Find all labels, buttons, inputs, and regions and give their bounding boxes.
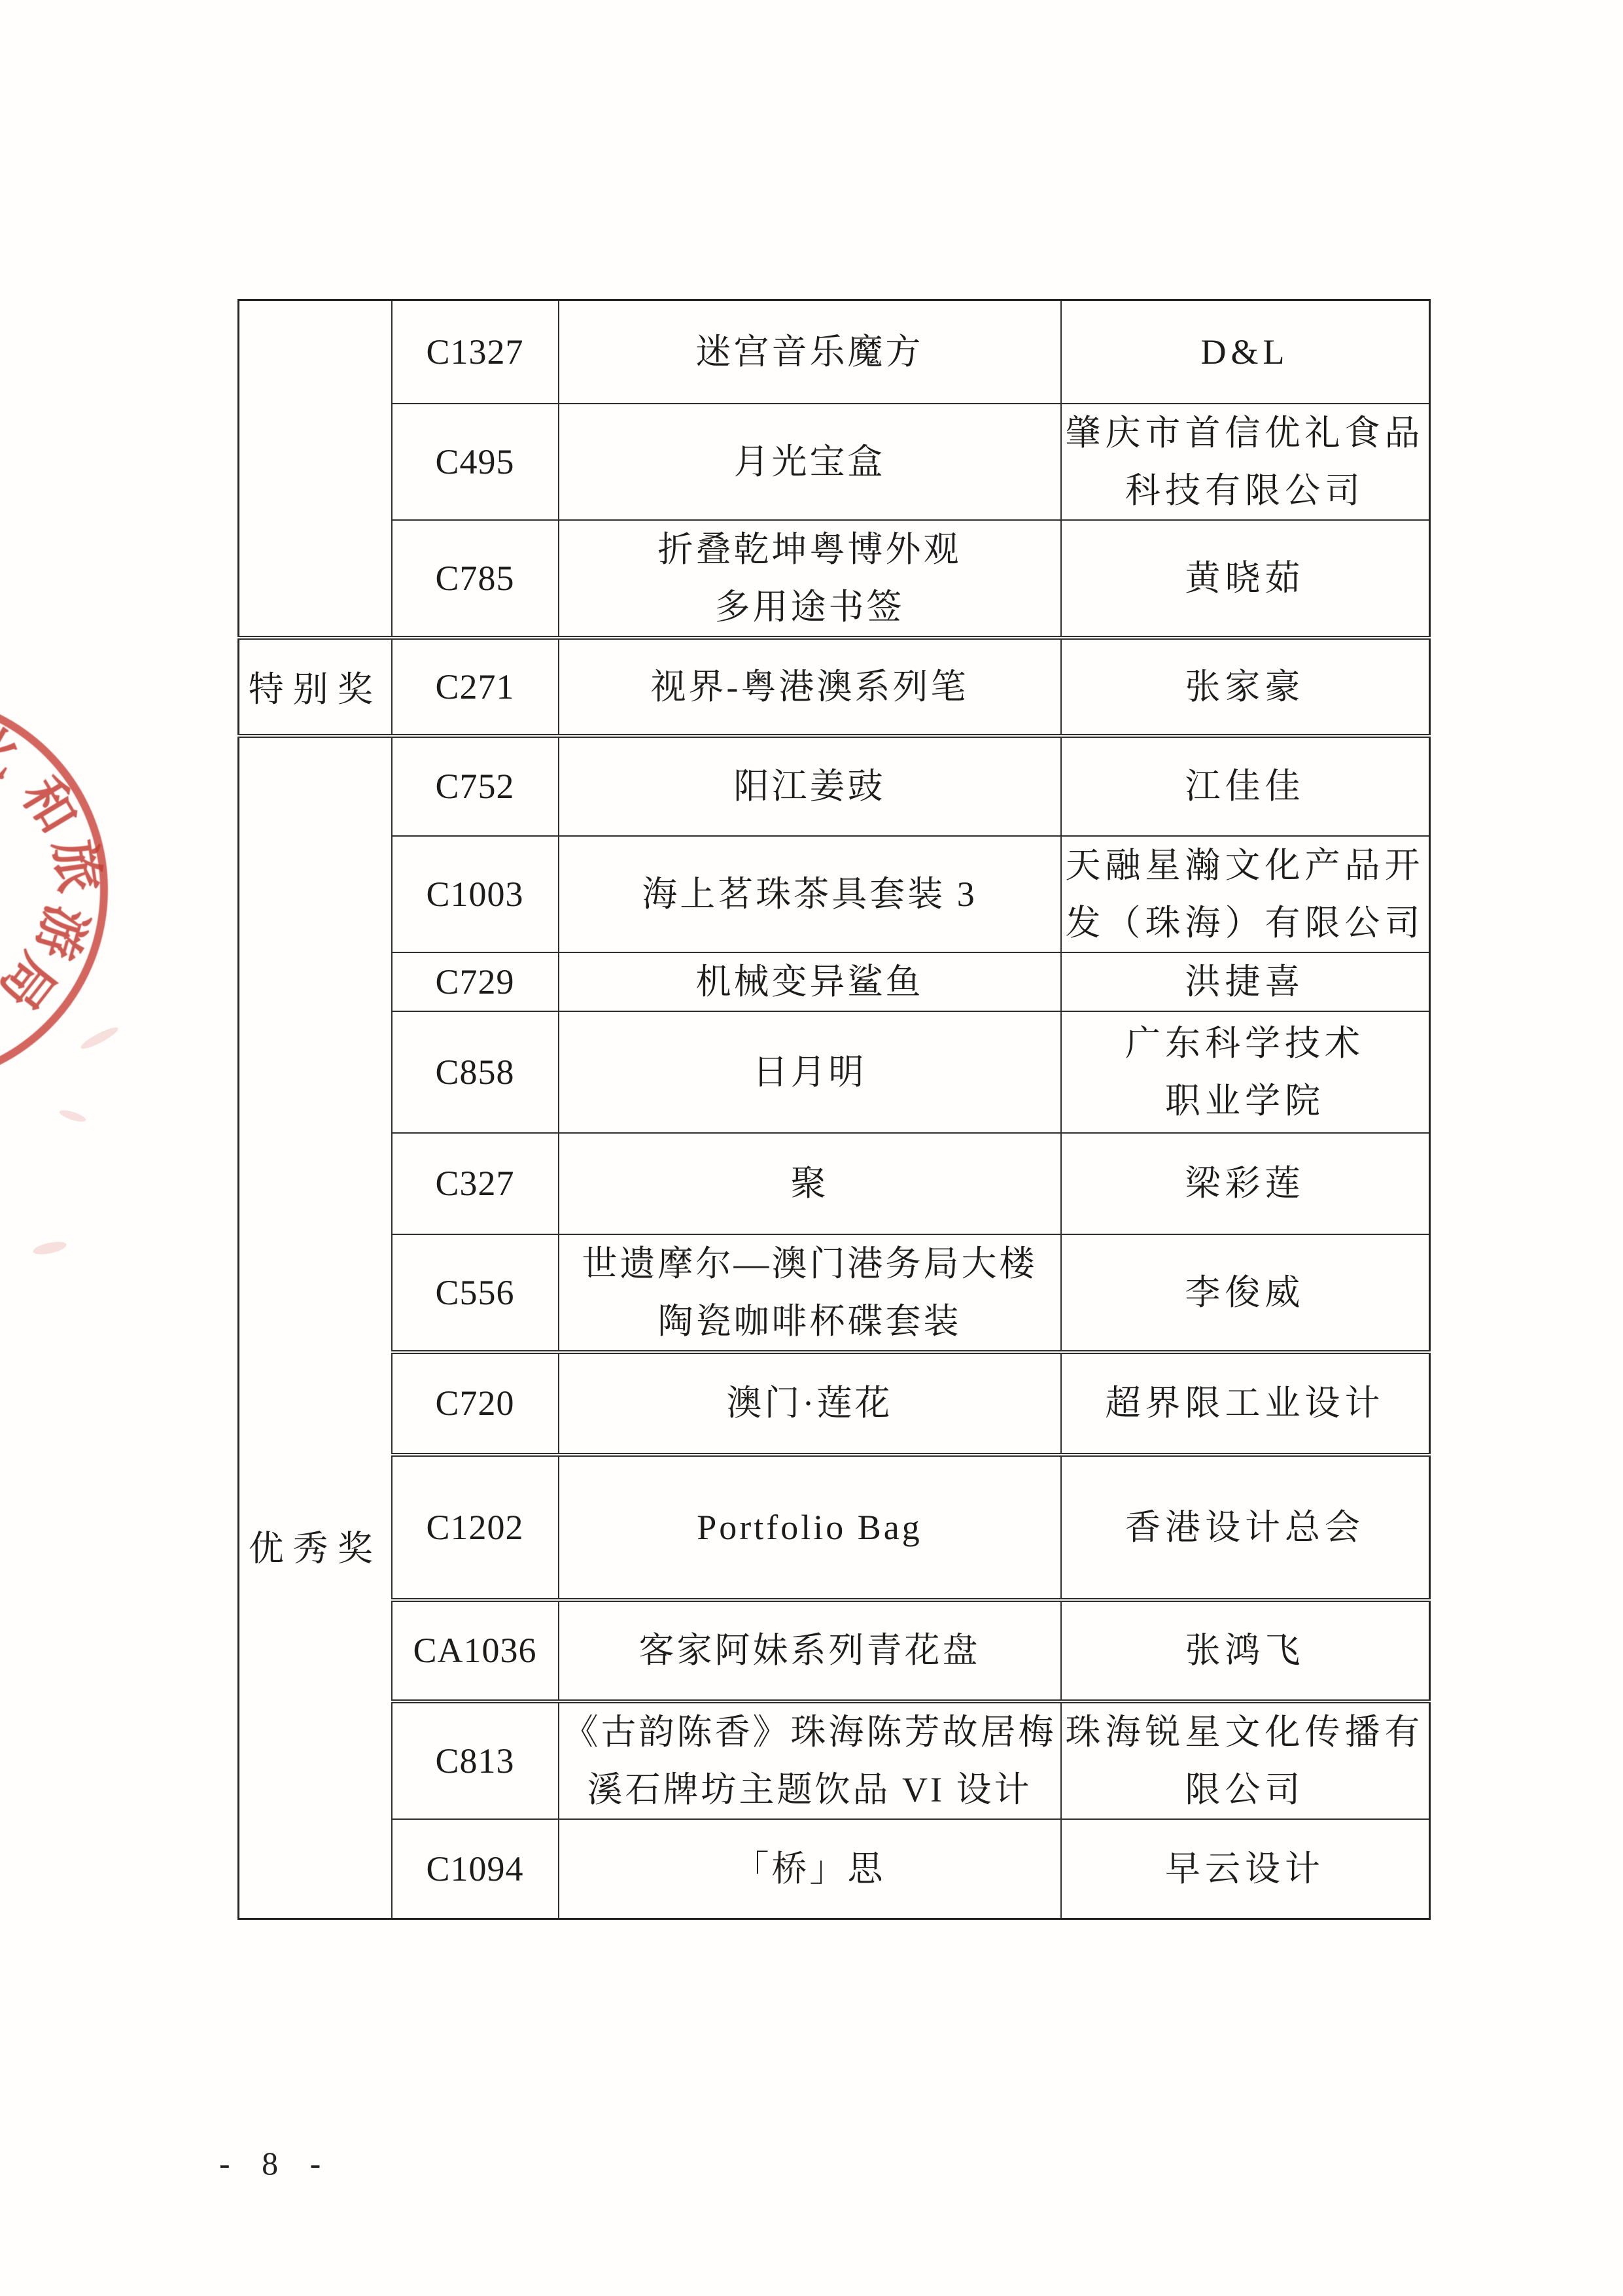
award-label: 优秀奖 — [249, 1520, 382, 1571]
entry-code-cell: C785 — [392, 520, 559, 638]
author-cell: 珠海锐星文化传播有限公司 — [1061, 1701, 1430, 1819]
table-row: C1202Portfolio Bag香港设计总会 — [239, 1455, 1430, 1600]
author-line: 黄晓茹 — [1066, 549, 1425, 607]
author-line: 珠海锐星文化传播有 — [1066, 1703, 1425, 1761]
author-line: 限公司 — [1066, 1761, 1425, 1818]
entry-code-cell: C1327 — [392, 300, 559, 404]
entry-code-cell: C556 — [392, 1234, 559, 1352]
work-name-cell: 世遗摩尔—澳门港务局大楼陶瓷咖啡杯碟套装 — [559, 1234, 1061, 1352]
work-line: Portfolio Bag — [563, 1499, 1056, 1556]
work-line: 视界-粤港澳系列笔 — [563, 658, 1056, 716]
table-row: 优秀奖C752阳江姜豉江佳佳 — [239, 736, 1430, 836]
table-row: C720澳门·莲花超界限工业设计 — [239, 1352, 1430, 1455]
table-row: C556世遗摩尔—澳门港务局大楼陶瓷咖啡杯碟套装李俊威 — [239, 1234, 1430, 1352]
work-name-cell: 阳江姜豉 — [559, 736, 1061, 836]
work-line: 澳门·莲花 — [563, 1374, 1056, 1432]
work-line: 机械变异鲨鱼 — [563, 953, 1056, 1011]
table-row: C813《古韵陈香》珠海陈芳故居梅溪石牌坊主题饮品 VI 设计珠海锐星文化传播有… — [239, 1701, 1430, 1819]
work-name-cell: 折叠乾坤粤博外观多用途书签 — [559, 520, 1061, 638]
author-cell: 天融星瀚文化产品开发（珠海）有限公司 — [1061, 836, 1430, 952]
work-line: 溪石牌坊主题饮品 VI 设计 — [563, 1761, 1056, 1818]
work-name-cell: 迷宫音乐魔方 — [559, 300, 1061, 404]
entry-code-cell: C1094 — [392, 1819, 559, 1919]
author-cell: 肇庆市首信优礼食品科技有限公司 — [1061, 404, 1430, 520]
author-line: 梁彩莲 — [1066, 1155, 1425, 1212]
award-cell — [239, 300, 392, 638]
work-line: 客家阿妹系列青花盘 — [563, 1622, 1056, 1679]
entry-code-cell: C752 — [392, 736, 559, 836]
work-name-cell: 机械变异鲨鱼 — [559, 952, 1061, 1011]
ink-smudge — [79, 1024, 120, 1052]
author-cell: 香港设计总会 — [1061, 1455, 1430, 1600]
work-line: 迷宫音乐魔方 — [563, 323, 1056, 381]
work-line: 《古韵陈香》珠海陈芳故居梅 — [563, 1703, 1056, 1761]
author-line: 发（珠海）有限公司 — [1066, 894, 1425, 952]
work-line: 多用途书签 — [563, 578, 1056, 636]
work-name-cell: 「桥」思 — [559, 1819, 1061, 1919]
work-name-cell: 聚 — [559, 1133, 1061, 1234]
author-cell: 张鸿飞 — [1061, 1600, 1430, 1701]
author-line: 张鸿飞 — [1066, 1622, 1425, 1679]
table-row: C1327迷宫音乐魔方D&L — [239, 300, 1430, 404]
entry-code-cell: C813 — [392, 1701, 559, 1819]
author-line: 江佳佳 — [1066, 757, 1425, 815]
author-line: 广东科学技术 — [1066, 1015, 1425, 1072]
author-line: 张家豪 — [1066, 658, 1425, 716]
work-name-cell: 月光宝盒 — [559, 404, 1061, 520]
work-name-cell: 《古韵陈香》珠海陈芳故居梅溪石牌坊主题饮品 VI 设计 — [559, 1701, 1061, 1819]
page-number: - 8 - — [219, 2144, 332, 2182]
ink-smudge — [32, 1240, 67, 1257]
table-row: C327聚梁彩莲 — [239, 1133, 1430, 1234]
work-name-cell: 视界-粤港澳系列笔 — [559, 638, 1061, 736]
work-line: 世遗摩尔—澳门港务局大楼 — [563, 1235, 1056, 1293]
entry-code-cell: C1202 — [392, 1455, 559, 1600]
table-body: C1327迷宫音乐魔方D&LC495月光宝盒肇庆市首信优礼食品科技有限公司C78… — [239, 300, 1430, 1919]
seal-character: 游 — [22, 898, 109, 969]
awards-table: C1327迷宫音乐魔方D&LC495月光宝盒肇庆市首信优礼食品科技有限公司C78… — [237, 299, 1431, 1920]
work-line: 日月明 — [563, 1043, 1056, 1101]
table-row: CA1036客家阿妹系列青花盘张鸿飞 — [239, 1600, 1430, 1701]
work-name-cell: 客家阿妹系列青花盘 — [559, 1600, 1061, 1701]
entry-code-cell: C495 — [392, 404, 559, 520]
work-line: 「桥」思 — [563, 1840, 1056, 1898]
author-cell: D&L — [1061, 300, 1430, 404]
author-line: 早云设计 — [1066, 1840, 1425, 1898]
seal-character: 化 — [0, 700, 35, 791]
work-name-cell: 日月明 — [559, 1011, 1061, 1133]
author-cell: 早云设计 — [1061, 1819, 1430, 1919]
table-row: C729机械变异鲨鱼洪捷喜 — [239, 952, 1430, 1011]
author-line: 香港设计总会 — [1066, 1499, 1425, 1556]
work-line: 海上茗珠茶具套装 3 — [563, 865, 1056, 923]
table-row: C495月光宝盒肇庆市首信优礼食品科技有限公司 — [239, 404, 1430, 520]
work-name-cell: 海上茗珠茶具套装 3 — [559, 836, 1061, 952]
document-page: 化和旅游局 C1327迷宫音乐魔方D&LC495月光宝盒肇庆市首信优礼食品科技有… — [0, 0, 1623, 2296]
table-row: C1003海上茗珠茶具套装 3天融星瀚文化产品开发（珠海）有限公司 — [239, 836, 1430, 952]
author-cell: 梁彩莲 — [1061, 1133, 1430, 1234]
entry-code-cell: C1003 — [392, 836, 559, 952]
work-line: 阳江姜豉 — [563, 757, 1056, 815]
author-line: 职业学院 — [1066, 1072, 1425, 1130]
author-line: 科技有限公司 — [1066, 462, 1425, 519]
entry-code-cell: C271 — [392, 638, 559, 736]
work-line: 折叠乾坤粤博外观 — [563, 521, 1056, 578]
seal-character: 局 — [0, 941, 77, 1028]
table-row: C785折叠乾坤粤博外观多用途书签黄晓茹 — [239, 520, 1430, 638]
author-line: 超界限工业设计 — [1066, 1374, 1425, 1432]
author-cell: 超界限工业设计 — [1061, 1352, 1430, 1455]
author-line: 肇庆市首信优礼食品 — [1066, 404, 1425, 462]
table-row: C858日月明广东科学技术职业学院 — [239, 1011, 1430, 1133]
author-cell: 江佳佳 — [1061, 736, 1430, 836]
ink-smudge — [58, 1108, 87, 1124]
author-cell: 张家豪 — [1061, 638, 1430, 736]
work-name-cell: Portfolio Bag — [559, 1455, 1061, 1600]
entry-code-cell: C729 — [392, 952, 559, 1011]
work-line: 陶瓷咖啡杯碟套装 — [563, 1293, 1056, 1350]
table-row: 特别奖C271视界-粤港澳系列笔张家豪 — [239, 638, 1430, 736]
work-line: 月光宝盒 — [563, 433, 1056, 491]
entry-code-cell: C720 — [392, 1352, 559, 1455]
author-line: D&L — [1066, 323, 1425, 381]
award-cell: 特别奖 — [239, 638, 392, 736]
author-cell: 李俊威 — [1061, 1234, 1430, 1352]
author-line: 洪捷喜 — [1066, 953, 1425, 1011]
author-cell: 黄晓茹 — [1061, 520, 1430, 638]
table-row: C1094「桥」思早云设计 — [239, 1819, 1430, 1919]
author-cell: 广东科学技术职业学院 — [1061, 1011, 1430, 1133]
entry-code-cell: C327 — [392, 1133, 559, 1234]
seal-character: 和 — [8, 761, 99, 845]
author-cell: 洪捷喜 — [1061, 952, 1430, 1011]
work-name-cell: 澳门·莲花 — [559, 1352, 1061, 1455]
author-line: 天融星瀚文化产品开 — [1066, 837, 1425, 894]
author-line: 李俊威 — [1066, 1264, 1425, 1321]
award-cell: 优秀奖 — [239, 736, 392, 1919]
entry-code-cell: CA1036 — [392, 1600, 559, 1701]
seal-character: 旅 — [40, 834, 122, 896]
entry-code-cell: C858 — [392, 1011, 559, 1133]
seal-ring-icon — [0, 693, 108, 1086]
work-line: 聚 — [563, 1155, 1056, 1212]
